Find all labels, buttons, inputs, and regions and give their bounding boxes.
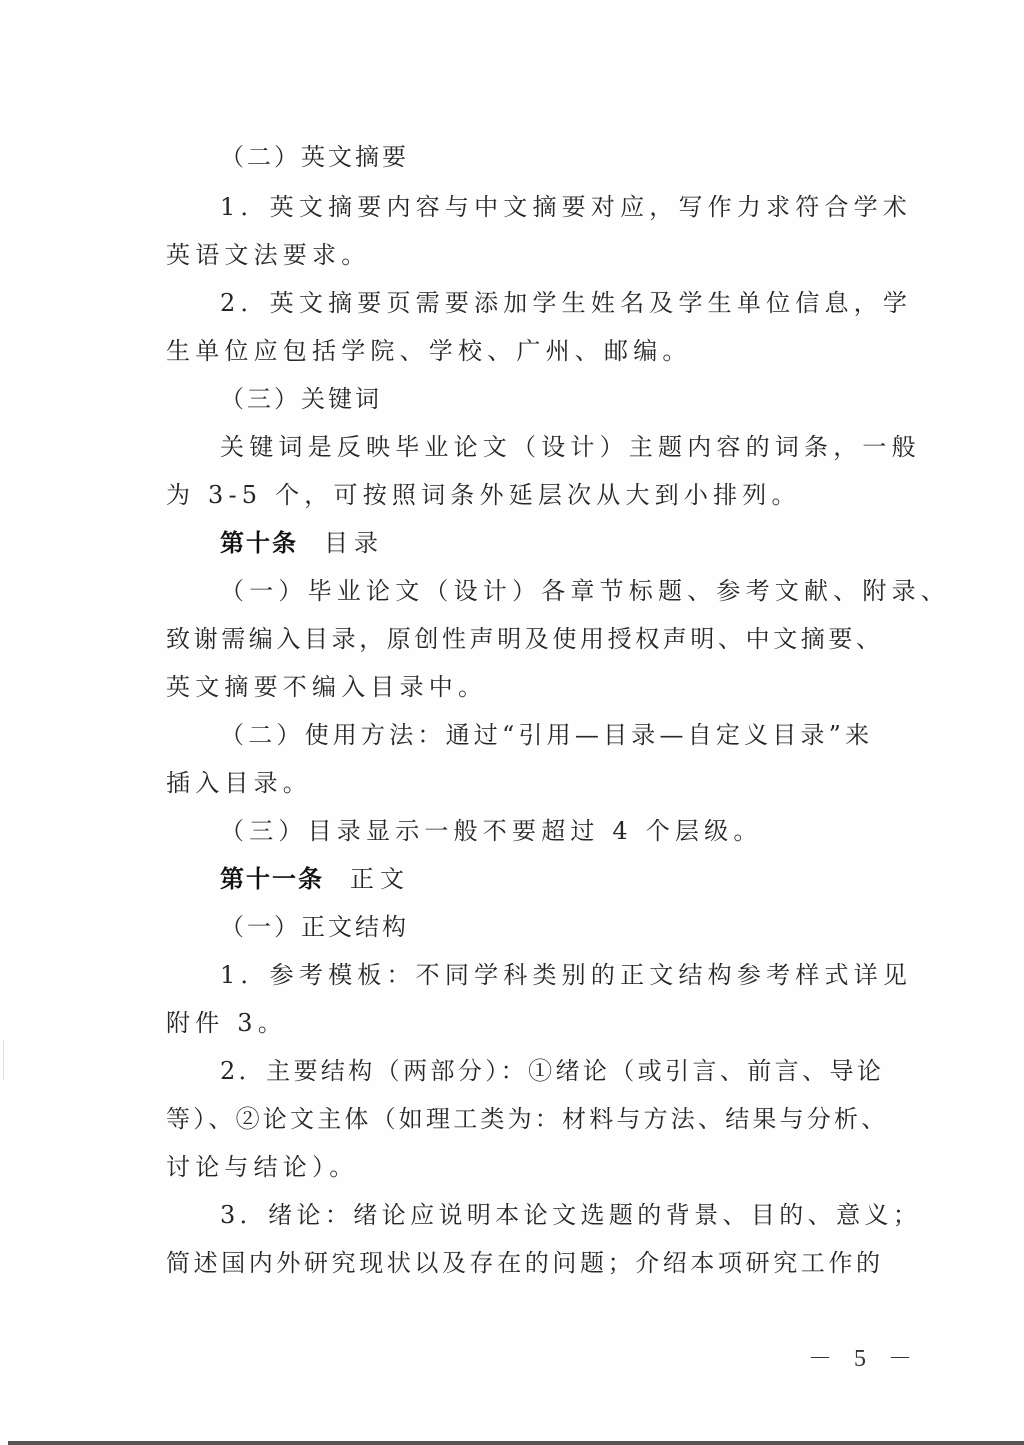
article-number: 第十一条 [220, 865, 324, 893]
paragraph-line: 为 3-5 个，可按照词条外延层次从大到小排列。 [166, 480, 801, 510]
paragraph-line: 简述国内外研究现状以及存在的问题；介绍本项研究工作的 [166, 1248, 884, 1278]
article-title: 正文 [350, 865, 410, 893]
article-heading-11: 第十一条正文 [220, 864, 410, 894]
paragraph-line: 1．参考模板：不同学科类别的正文结构参考样式详见 [220, 960, 912, 990]
paragraph-line: 等）、②论文主体（如理工类为：材料与方法、结果与分析、 [166, 1104, 888, 1134]
paragraph-line: （三）目录显示一般不要超过 4 个层级。 [220, 816, 763, 846]
article-heading-10: 第十条目录 [220, 528, 384, 558]
paragraph-line: 2．英文摘要页需要添加学生姓名及学生单位信息，学 [220, 288, 912, 318]
section-heading-english-abstract: （二）英文摘要 [220, 142, 409, 172]
paragraph-line: 讨论与结论）。 [166, 1152, 358, 1182]
paragraph-line: 插入目录。 [166, 768, 312, 798]
paragraph-line: 英文摘要不编入目录中。 [166, 672, 487, 702]
paragraph-line: 英语文法要求。 [166, 240, 370, 270]
paragraph-line: 1．英文摘要内容与中文摘要对应，写作力求符合学术 [220, 192, 912, 222]
paragraph-line: 致谢需编入目录，原创性声明及使用授权声明、中文摘要、 [166, 624, 884, 654]
document-page: （二）英文摘要 1．英文摘要内容与中文摘要对应，写作力求符合学术 英语文法要求。… [0, 0, 1024, 1445]
article-number: 第十条 [220, 529, 298, 557]
paragraph-line: 附件 3。 [166, 1008, 287, 1038]
scan-artifact [3, 1040, 4, 1080]
section-heading-body-structure: （一）正文结构 [220, 912, 409, 942]
paragraph-line: 3．绪论：绪论应说明本论文选题的背景、目的、意义； [220, 1200, 921, 1230]
paragraph-line: （一）毕业论文（设计）各章节标题、参考文献、附录、 [220, 576, 950, 606]
page-number: － 5 － [808, 1344, 920, 1374]
section-heading-keywords: （三）关键词 [220, 384, 382, 414]
paragraph-line: 2．主要结构（两部分）：①绪论（或引言、前言、导论 [220, 1056, 884, 1086]
paragraph-line: 关键词是反映毕业论文（设计）主题内容的词条，一般 [220, 432, 921, 462]
article-title: 目录 [324, 529, 384, 557]
paragraph-line: 生单位应包括学院、学校、广州、邮编。 [166, 336, 692, 366]
scan-bottom-edge [8, 1441, 1024, 1445]
paragraph-line: （二）使用方法：通过“引用—目录—自定义目录”来 [220, 720, 873, 750]
